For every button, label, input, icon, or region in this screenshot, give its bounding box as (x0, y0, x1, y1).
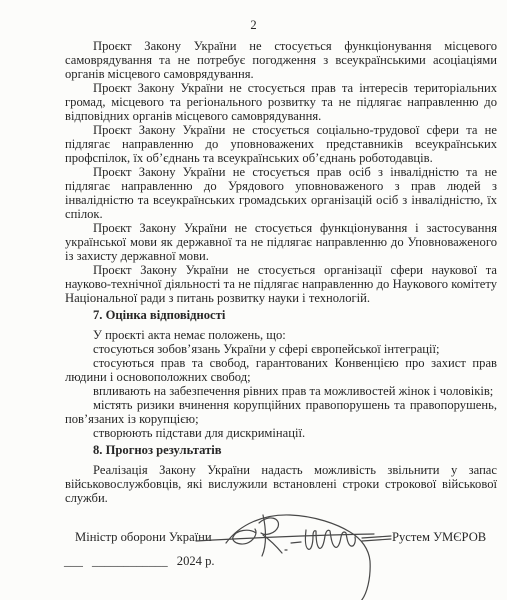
signature-arc-tail (226, 515, 370, 600)
compliance-item: впливають на забезпечення рівних прав та… (65, 384, 497, 398)
date-line: ___ ____________ 2024 р. (64, 554, 215, 568)
signature-letter-bowl (259, 518, 278, 534)
page-number: 2 (0, 18, 507, 32)
signature-letter-stem (262, 515, 266, 556)
law-paragraph: Проєкт Закону України не стосується прав… (65, 81, 497, 123)
law-paragraph: Проєкт Закону України не стосується соці… (65, 123, 497, 165)
signature-letter-leg (263, 535, 282, 553)
compliance-item: стосуються зобов’язань України у сфері є… (65, 342, 497, 356)
law-paragraph: Проєкт Закону України не стосується орга… (65, 263, 497, 305)
signature-loop (233, 529, 256, 544)
signature-dash (291, 542, 301, 543)
date-day-blank: ___ (64, 554, 83, 568)
section-8-heading: 8. Прогноз результатів (65, 443, 497, 457)
signature-baseline-stroke (196, 534, 374, 541)
section-7-heading: 7. Оцінка відповідності (65, 308, 497, 322)
signature-scribble-letters (305, 530, 355, 549)
minister-name: Рустем УМЄРОВ (392, 530, 486, 544)
law-paragraph: Проєкт Закону України не стосується функ… (65, 39, 497, 81)
document-page: 2 Проєкт Закону України не стосується фу… (0, 0, 507, 600)
section-7-intro: У проєкті акта немає положень, що: (65, 328, 497, 342)
law-paragraph: Проєкт Закону України не стосується прав… (65, 165, 497, 221)
document-body: Проєкт Закону України не стосується функ… (65, 39, 497, 505)
law-paragraph: Проєкт Закону України не стосується функ… (65, 221, 497, 263)
date-year: 2024 р. (177, 554, 215, 568)
compliance-item: стосуються прав та свобод, гарантованих … (65, 356, 497, 384)
date-month-blank: ____________ (92, 554, 168, 568)
minister-title: Міністр оборони України (75, 530, 212, 544)
compliance-item: містять ризики вчинення корупційних прав… (65, 398, 497, 426)
section-8-body: Реалізація Закону України надасть можлив… (65, 463, 497, 505)
signature-right-dash (362, 536, 391, 541)
compliance-item: створюють підстави для дискримінації. (65, 426, 497, 440)
